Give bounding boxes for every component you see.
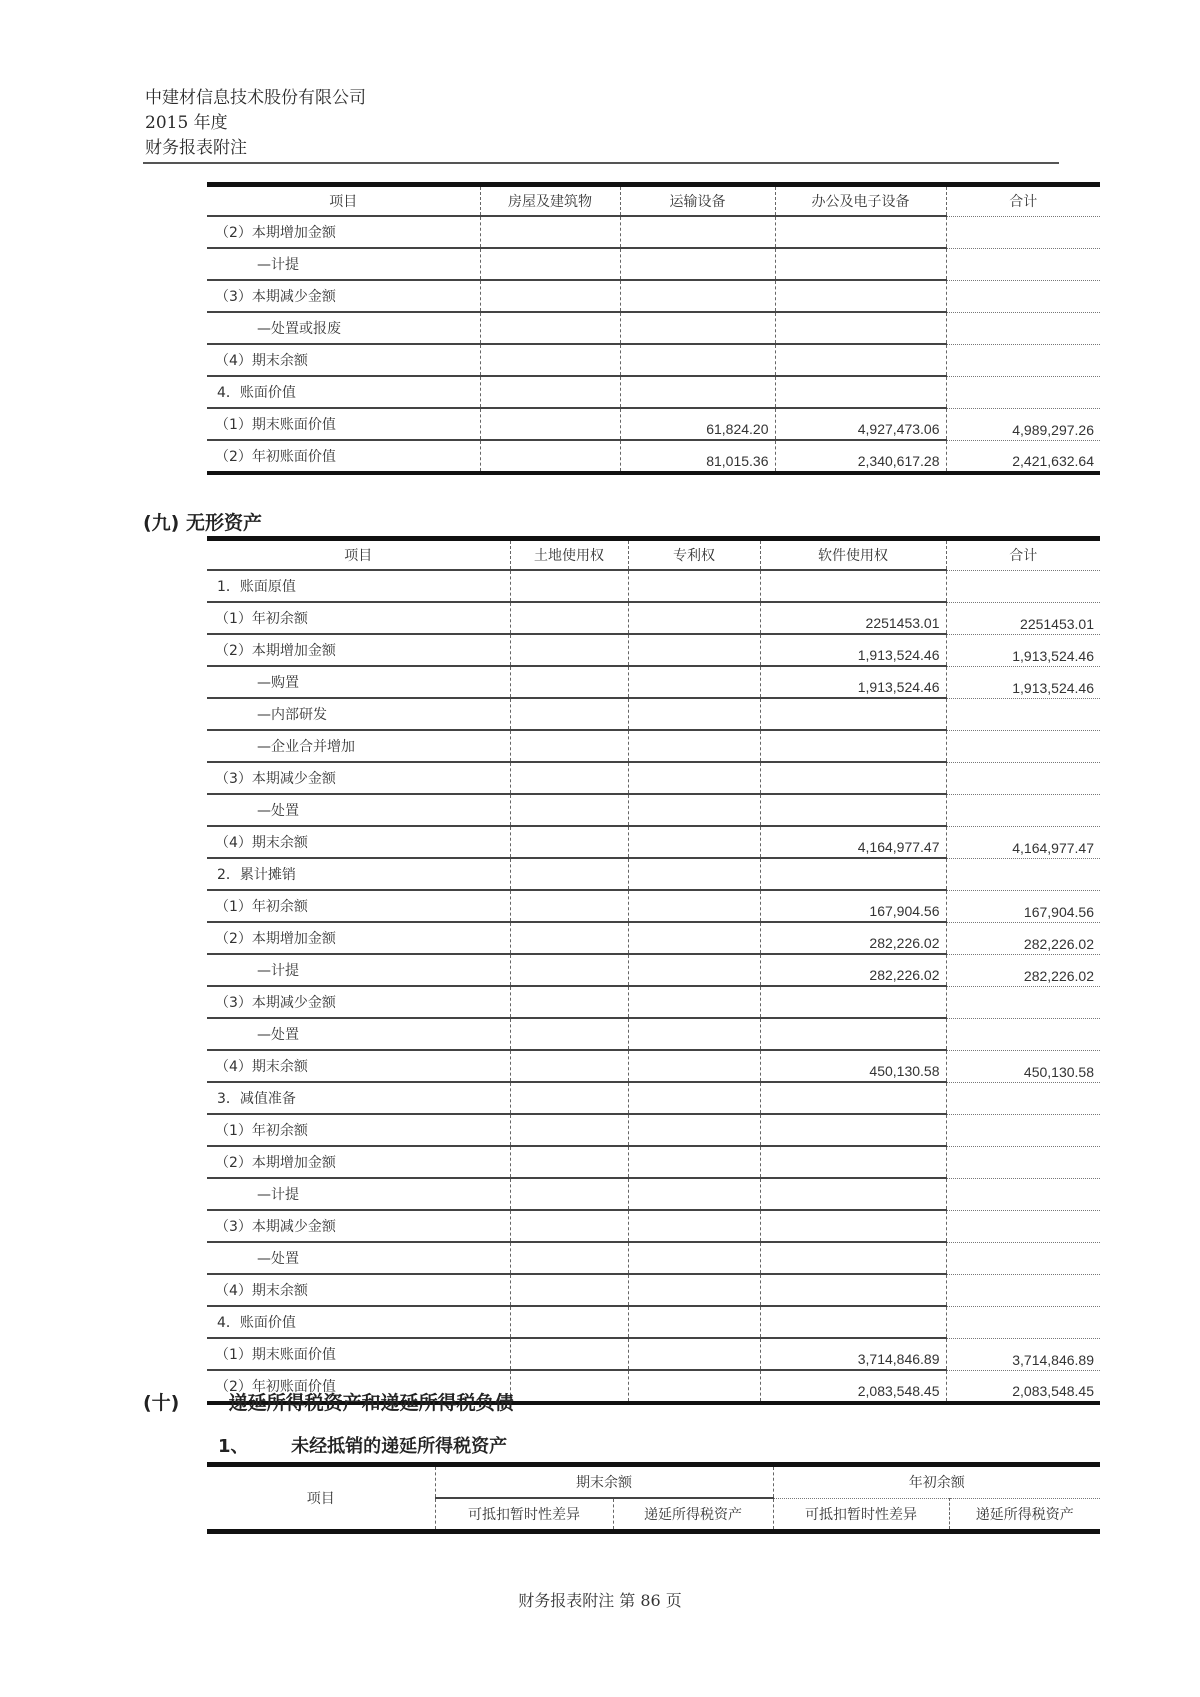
- cell-value: [760, 986, 946, 1018]
- cell-value: 4,164,977.47: [946, 826, 1100, 858]
- cell-value: [628, 986, 760, 1018]
- cell-value: [628, 1146, 760, 1178]
- row-label: 4．账面价值: [207, 1306, 510, 1338]
- row-label: （2）本期增加金额: [207, 634, 510, 666]
- table-row: （2）本期增加金额: [207, 216, 1100, 248]
- cell-value: [628, 1306, 760, 1338]
- cell-value: [510, 1146, 628, 1178]
- cell-value: [946, 1114, 1100, 1146]
- cell-value: [628, 730, 760, 762]
- cell-value: [628, 954, 760, 986]
- row-label: —计提: [207, 954, 510, 986]
- table-row: —购置1,913,524.461,913,524.46: [207, 666, 1100, 698]
- cell-value: [760, 1082, 946, 1114]
- column-group-header: 期末余额: [435, 1465, 773, 1499]
- cell-value: [510, 922, 628, 954]
- table-row: （4）期末余额4,164,977.474,164,977.47: [207, 826, 1100, 858]
- row-label: （3）本期减少金额: [207, 280, 480, 312]
- cell-value: [760, 570, 946, 602]
- table-row: 2．累计摊销: [207, 858, 1100, 890]
- cell-value: [510, 890, 628, 922]
- cell-value: [760, 1306, 946, 1338]
- cell-value: [760, 1114, 946, 1146]
- cell-value: [946, 1306, 1100, 1338]
- column-header: 合计: [946, 185, 1100, 217]
- table-row: （2）本期增加金额1,913,524.461,913,524.46: [207, 634, 1100, 666]
- cell-value: [510, 986, 628, 1018]
- cell-value: [946, 1082, 1100, 1114]
- document-title: 财务报表附注: [145, 136, 366, 161]
- cell-value: [946, 794, 1100, 826]
- column-header: 项目: [207, 539, 510, 571]
- cell-value: [510, 1370, 628, 1403]
- cell-value: [946, 730, 1100, 762]
- cell-value: [510, 634, 628, 666]
- cell-value: [628, 634, 760, 666]
- table-row: —内部研发: [207, 698, 1100, 730]
- table-row: 3．减值准备: [207, 1082, 1100, 1114]
- cell-value: [628, 1210, 760, 1242]
- column-header: 合计: [946, 539, 1100, 571]
- table-row: （2）本期增加金额282,226.02282,226.02: [207, 922, 1100, 954]
- column-header: 运输设备: [620, 185, 775, 217]
- cell-value: [480, 216, 620, 248]
- cell-value: [620, 376, 775, 408]
- cell-value: 1,913,524.46: [760, 634, 946, 666]
- table-body: （2）本期增加金额—计提（3）本期减少金额—处置或报废（4）期末余额4．账面价值…: [207, 216, 1100, 473]
- cell-value: 282,226.02: [946, 954, 1100, 986]
- cell-value: [620, 312, 775, 344]
- report-year: 2015 年度: [145, 111, 366, 136]
- cell-value: [510, 602, 628, 634]
- cell-value: [628, 570, 760, 602]
- row-label: 3．减值准备: [207, 1082, 510, 1114]
- row-label: —处置或报废: [207, 312, 480, 344]
- row-label: 2．累计摊销: [207, 858, 510, 890]
- cell-value: [760, 1178, 946, 1210]
- subsection-title-deferred-tax-assets: 1、 未经抵销的递延所得税资产: [218, 1432, 507, 1458]
- column-header: 软件使用权: [760, 539, 946, 571]
- cell-value: 1,913,524.46: [946, 666, 1100, 698]
- cell-value: 2,083,548.45: [946, 1370, 1100, 1403]
- cell-value: [510, 570, 628, 602]
- cell-value: [628, 1178, 760, 1210]
- cell-value: [628, 762, 760, 794]
- row-label: （2）本期增加金额: [207, 1146, 510, 1178]
- cell-value: [628, 1370, 760, 1403]
- row-label: —处置: [207, 1242, 510, 1274]
- row-label: —计提: [207, 248, 480, 280]
- cell-value: [480, 440, 620, 473]
- row-label: （4）期末余额: [207, 826, 510, 858]
- column-header: 专利权: [628, 539, 760, 571]
- cell-value: [946, 762, 1100, 794]
- row-label: （1）期末账面价值: [207, 408, 480, 440]
- table-row: （1）年初余额167,904.56167,904.56: [207, 890, 1100, 922]
- section-title-intangible-assets: (九) 无形资产: [143, 508, 262, 535]
- cell-value: [510, 1050, 628, 1082]
- table-row: —处置: [207, 1018, 1100, 1050]
- column-header: 可抵扣暂时性差异: [773, 1498, 949, 1532]
- cell-value: 2251453.01: [760, 602, 946, 634]
- table-row: （2）年初账面价值81,015.362,340,617.282,421,632.…: [207, 440, 1100, 473]
- cell-value: [775, 376, 946, 408]
- cell-value: [510, 1338, 628, 1370]
- cell-value: [510, 794, 628, 826]
- row-label: （4）期末余额: [207, 1050, 510, 1082]
- column-group-header: 年初余额: [773, 1465, 1100, 1499]
- cell-value: [946, 1274, 1100, 1306]
- cell-value: [760, 1274, 946, 1306]
- table-row: （4）期末余额450,130.58450,130.58: [207, 1050, 1100, 1082]
- company-name: 中建材信息技术股份有限公司: [145, 86, 366, 111]
- cell-value: [480, 280, 620, 312]
- table-row: —计提282,226.02282,226.02: [207, 954, 1100, 986]
- cell-value: 4,989,297.26: [946, 408, 1100, 440]
- cell-value: [480, 248, 620, 280]
- table-row: —处置: [207, 1242, 1100, 1274]
- cell-value: [628, 826, 760, 858]
- column-header: 项目: [207, 185, 480, 217]
- table-row: —计提: [207, 248, 1100, 280]
- cell-value: 4,927,473.06: [775, 408, 946, 440]
- cell-value: [946, 248, 1100, 280]
- table-row: 4．账面价值: [207, 1306, 1100, 1338]
- row-label: （2）年初账面价值: [207, 440, 480, 473]
- table-row: （4）期末余额: [207, 344, 1100, 376]
- cell-value: 167,904.56: [760, 890, 946, 922]
- table-row: （2）本期增加金额: [207, 1146, 1100, 1178]
- cell-value: [628, 666, 760, 698]
- cell-value: [946, 1210, 1100, 1242]
- row-label: 4．账面价值: [207, 376, 480, 408]
- cell-value: [510, 858, 628, 890]
- fixed-assets-table: 项目 房屋及建筑物 运输设备 办公及电子设备 合计 （2）本期增加金额—计提（3…: [207, 182, 1100, 475]
- cell-value: [510, 1178, 628, 1210]
- cell-value: [628, 1050, 760, 1082]
- cell-value: [510, 762, 628, 794]
- header-divider: [143, 162, 1059, 164]
- cell-value: [620, 216, 775, 248]
- row-label: —购置: [207, 666, 510, 698]
- row-label: （3）本期减少金额: [207, 1210, 510, 1242]
- cell-value: [510, 730, 628, 762]
- cell-value: 167,904.56: [946, 890, 1100, 922]
- cell-value: [628, 922, 760, 954]
- cell-value: [775, 216, 946, 248]
- table-header-row: 项目 房屋及建筑物 运输设备 办公及电子设备 合计: [207, 185, 1100, 217]
- cell-value: [946, 570, 1100, 602]
- row-label: —计提: [207, 1178, 510, 1210]
- cell-value: [628, 794, 760, 826]
- column-header: 房屋及建筑物: [480, 185, 620, 217]
- cell-value: 2,340,617.28: [775, 440, 946, 473]
- table-row: （3）本期减少金额: [207, 762, 1100, 794]
- subsection-number: 1、: [218, 1436, 249, 1457]
- cell-value: [510, 1018, 628, 1050]
- cell-value: [510, 1210, 628, 1242]
- column-header: 土地使用权: [510, 539, 628, 571]
- cell-value: 282,226.02: [946, 922, 1100, 954]
- cell-value: [480, 312, 620, 344]
- cell-value: [760, 698, 946, 730]
- table-row: （3）本期减少金额: [207, 280, 1100, 312]
- row-label: （4）期末余额: [207, 1274, 510, 1306]
- cell-value: [946, 1178, 1100, 1210]
- cell-value: [510, 1114, 628, 1146]
- table-row: （1）年初余额2251453.012251453.01: [207, 602, 1100, 634]
- table-row: —处置: [207, 794, 1100, 826]
- table-row: （1）年初余额: [207, 1114, 1100, 1146]
- row-label: （2）本期增加金额: [207, 216, 480, 248]
- cell-value: [628, 1274, 760, 1306]
- row-label: —企业合并增加: [207, 730, 510, 762]
- cell-value: [510, 954, 628, 986]
- row-label: （3）本期减少金额: [207, 762, 510, 794]
- cell-value: [760, 794, 946, 826]
- row-label: （1）年初余额: [207, 1114, 510, 1146]
- cell-value: [510, 698, 628, 730]
- table-row: 4．账面价值: [207, 376, 1100, 408]
- cell-value: [628, 1082, 760, 1114]
- table-header-row: 项目 土地使用权 专利权 软件使用权 合计: [207, 539, 1100, 571]
- cell-value: [480, 408, 620, 440]
- cell-value: [628, 1114, 760, 1146]
- cell-value: [946, 344, 1100, 376]
- row-label: （1）年初余额: [207, 890, 510, 922]
- cell-value: [946, 698, 1100, 730]
- cell-value: [760, 762, 946, 794]
- cell-value: [946, 1018, 1100, 1050]
- cell-value: [946, 1242, 1100, 1274]
- cell-value: [775, 344, 946, 376]
- row-label: （3）本期减少金额: [207, 986, 510, 1018]
- row-label: —处置: [207, 794, 510, 826]
- table-row: （3）本期减少金额: [207, 1210, 1100, 1242]
- intangible-assets-table: 项目 土地使用权 专利权 软件使用权 合计 1．账面原值（1）年初余额22514…: [207, 536, 1100, 1405]
- table-row: —计提: [207, 1178, 1100, 1210]
- cell-value: 282,226.02: [760, 922, 946, 954]
- cell-value: 3,714,846.89: [760, 1338, 946, 1370]
- cell-value: [775, 280, 946, 312]
- table-row: 1．账面原值: [207, 570, 1100, 602]
- cell-value: [510, 1306, 628, 1338]
- deferred-tax-assets-table: 项目 期末余额 年初余额 可抵扣暂时性差异 递延所得税资产 可抵扣暂时性差异 递…: [207, 1462, 1100, 1534]
- row-label: —处置: [207, 1018, 510, 1050]
- cell-value: [946, 376, 1100, 408]
- column-header: 递延所得税资产: [613, 1498, 773, 1532]
- subsection-heading: 未经抵销的递延所得税资产: [291, 1436, 507, 1457]
- cell-value: 1,913,524.46: [760, 666, 946, 698]
- cell-value: [620, 248, 775, 280]
- section-heading: 递延所得税资产和递延所得税负债: [229, 1392, 514, 1414]
- cell-value: 2251453.01: [946, 602, 1100, 634]
- cell-value: [760, 1242, 946, 1274]
- cell-value: 282,226.02: [760, 954, 946, 986]
- cell-value: 3,714,846.89: [946, 1338, 1100, 1370]
- cell-value: [775, 248, 946, 280]
- table-header-row: 项目 期末余额 年初余额: [207, 1465, 1100, 1499]
- cell-value: [760, 858, 946, 890]
- cell-value: [760, 730, 946, 762]
- cell-value: [775, 312, 946, 344]
- cell-value: 450,130.58: [760, 1050, 946, 1082]
- cell-value: [628, 602, 760, 634]
- table-row: （1）期末账面价值3,714,846.893,714,846.89: [207, 1338, 1100, 1370]
- row-label: （1）期末账面价值: [207, 1338, 510, 1370]
- column-header-item: 项目: [207, 1465, 435, 1532]
- column-header: 可抵扣暂时性差异: [435, 1498, 613, 1532]
- column-header: 办公及电子设备: [775, 185, 946, 217]
- cell-value: [628, 1018, 760, 1050]
- cell-value: 450,130.58: [946, 1050, 1100, 1082]
- cell-value: [510, 1274, 628, 1306]
- cell-value: [760, 1146, 946, 1178]
- cell-value: [946, 280, 1100, 312]
- cell-value: [510, 1242, 628, 1274]
- cell-value: 61,824.20: [620, 408, 775, 440]
- cell-value: [946, 1146, 1100, 1178]
- table-body: 1．账面原值（1）年初余额2251453.012251453.01（2）本期增加…: [207, 570, 1100, 1403]
- cell-value: 2,421,632.64: [946, 440, 1100, 473]
- cell-value: 4,164,977.47: [760, 826, 946, 858]
- cell-value: [510, 826, 628, 858]
- cell-value: [946, 312, 1100, 344]
- row-label: 1．账面原值: [207, 570, 510, 602]
- cell-value: [628, 858, 760, 890]
- cell-value: [760, 1210, 946, 1242]
- table-row: （1）期末账面价值61,824.204,927,473.064,989,297.…: [207, 408, 1100, 440]
- cell-value: [628, 698, 760, 730]
- cell-value: [628, 890, 760, 922]
- cell-value: 1,913,524.46: [946, 634, 1100, 666]
- cell-value: [946, 216, 1100, 248]
- cell-value: [510, 1082, 628, 1114]
- cell-value: [760, 1018, 946, 1050]
- table-row: （4）期末余额: [207, 1274, 1100, 1306]
- cell-value: [946, 858, 1100, 890]
- cell-value: [628, 1242, 760, 1274]
- column-header: 递延所得税资产: [949, 1498, 1100, 1532]
- row-label: —内部研发: [207, 698, 510, 730]
- cell-value: [946, 986, 1100, 1018]
- cell-value: [480, 344, 620, 376]
- page-footer: 财务报表附注 第 86 页: [0, 1588, 1200, 1611]
- row-label: （1）年初余额: [207, 602, 510, 634]
- page-header: 中建材信息技术股份有限公司 2015 年度 财务报表附注: [145, 86, 366, 161]
- row-label: （2）本期增加金额: [207, 922, 510, 954]
- table-row: （3）本期减少金额: [207, 986, 1100, 1018]
- cell-value: [620, 344, 775, 376]
- table-row: —处置或报废: [207, 312, 1100, 344]
- cell-value: [480, 376, 620, 408]
- row-label: （4）期末余额: [207, 344, 480, 376]
- cell-value: 2,083,548.45: [760, 1370, 946, 1403]
- cell-value: 81,015.36: [620, 440, 775, 473]
- cell-value: [620, 280, 775, 312]
- section-title-deferred-tax: (十) 递延所得税资产和递延所得税负债: [143, 1388, 514, 1415]
- section-number: (十): [143, 1392, 179, 1414]
- cell-value: [510, 666, 628, 698]
- cell-value: [628, 1338, 760, 1370]
- table-row: —企业合并增加: [207, 730, 1100, 762]
